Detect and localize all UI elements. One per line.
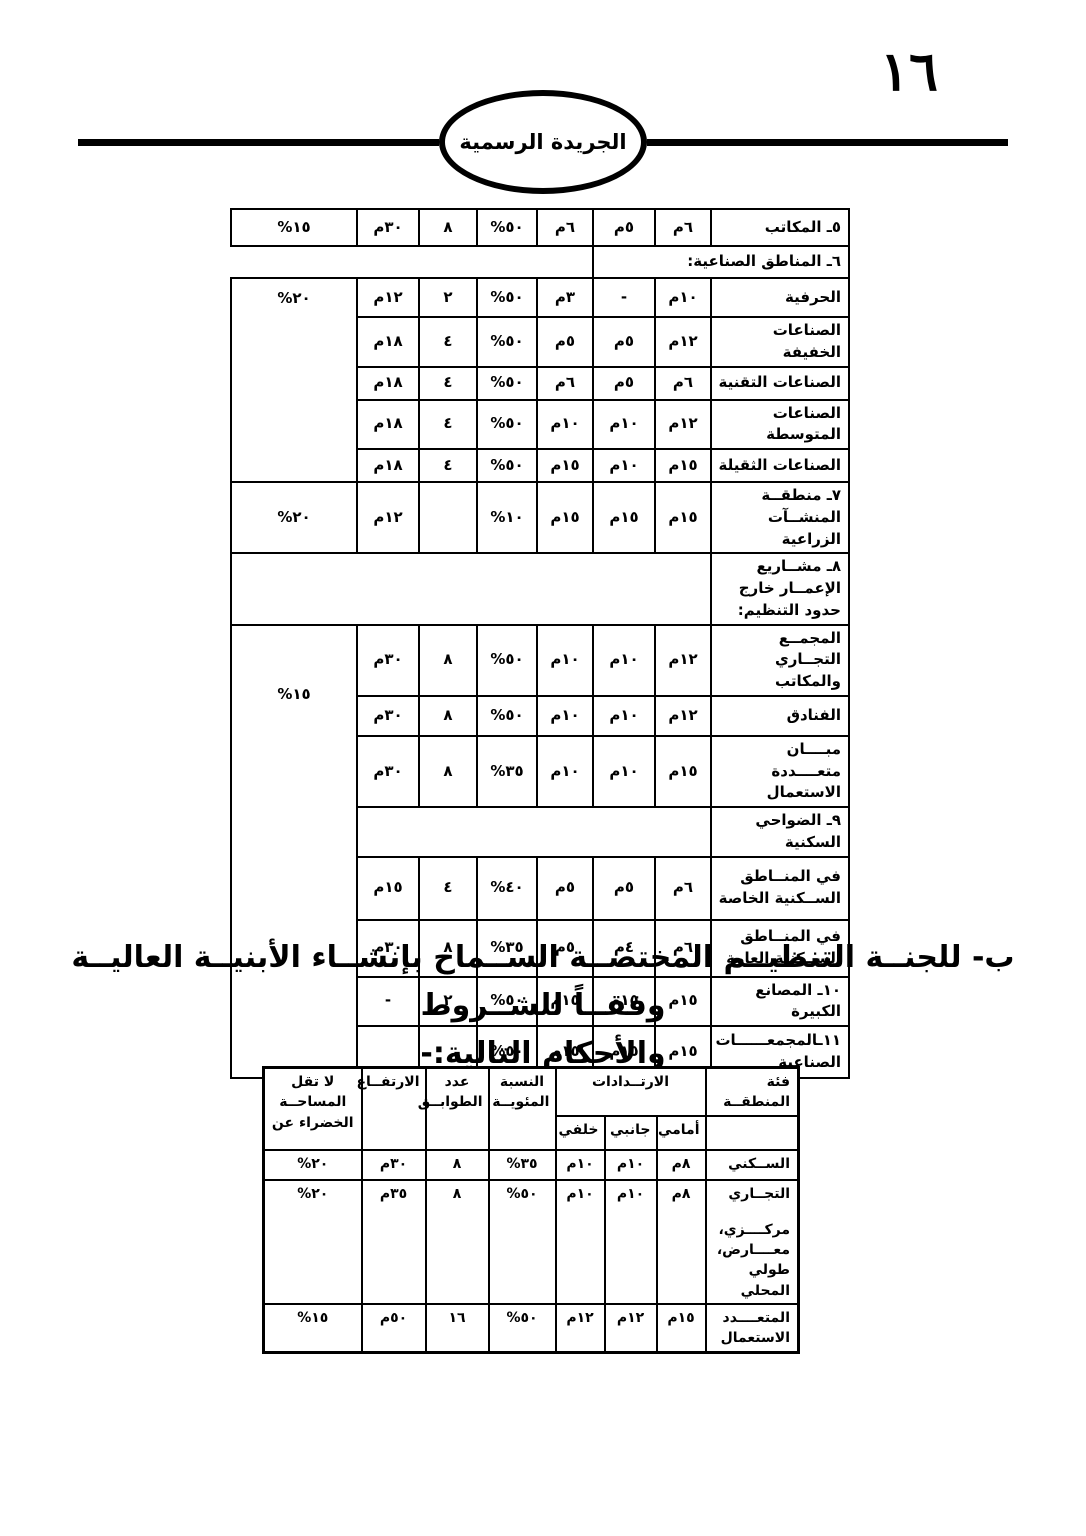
header-percentage: النسبة المئويــة (489, 1068, 556, 1150)
cell-side-setback: ١٠م (593, 625, 655, 696)
row-label: ٥ـ المكاتب (711, 209, 849, 246)
cell-ratio: ٥٠% (489, 1304, 556, 1352)
cell-floors: ٤ (419, 400, 477, 450)
header-zone-category: فئة المنطقــة (706, 1068, 799, 1116)
cell-floors: ٤ (419, 449, 477, 482)
empty-span-cell (231, 553, 711, 624)
cell-side-setback: ١٠م (593, 449, 655, 482)
row-label: الصناعات الخفيفة (711, 317, 849, 367)
header-floors-count: عدد الطوابــق (426, 1068, 489, 1150)
cell-front-setback: ٦م (655, 209, 711, 246)
cell-rear-setback: ١٠م (537, 400, 593, 450)
cell-ratio: ١٠% (477, 482, 537, 553)
table-row-commercial-complex: المجمــع التجــاري والمكاتب ١٢م ١٠م ١٠م … (231, 625, 849, 696)
row-label: الصناعات المتوسطة (711, 400, 849, 450)
table-row-crafts: الحرفية ١٠م - ٣م ٥٠% ٢ ١٢م ٢٠% (231, 278, 849, 317)
cell-front-setback: ١٥م (657, 1304, 706, 1352)
cell-side-setback: ١٠م (593, 400, 655, 450)
header-green-area: لا تقل المساحــة الخضراء عن (264, 1068, 362, 1150)
cell-height: ١٢م (357, 278, 419, 317)
table2-row-residential: الســكني ٨م ١٠م ١٠م ٣٥% ٨ ٣٠م ٢٠% (264, 1150, 799, 1180)
row-label: الصناعات التقنية (711, 367, 849, 400)
cell-floors-empty (419, 482, 477, 553)
cell-green-area: ٢٠% (264, 1150, 362, 1180)
cell-front-setback: ١٢م (655, 317, 711, 367)
banner-title: الجريدة الرسمية (459, 130, 626, 154)
cell-ratio: ٥٠% (477, 278, 537, 317)
cell-side-setback: ٥م (593, 209, 655, 246)
cell-ratio: ٥٠% (477, 367, 537, 400)
cell-ratio: ٥٠% (477, 625, 537, 696)
cell-front-setback: ١٢م (655, 625, 711, 696)
cell-side-setback: ٥م (593, 317, 655, 367)
cell-height: ٣٥م (362, 1180, 426, 1304)
cell-side-setback: ٥م (593, 367, 655, 400)
cell-floors: ٤ (419, 317, 477, 367)
cell-height: ١٨م (357, 367, 419, 400)
cell-side-setback: ١٥م (593, 482, 655, 553)
section-heading: ب- للجنــة التنظيــم المختصــة الســماح … (40, 934, 1046, 1078)
table2-row-commercial: التجــاري مركــــزي، معــــارض، طولي الم… (264, 1180, 799, 1304)
cell-front-setback: ١٥م (655, 482, 711, 553)
cell-height: ٥٠م (362, 1304, 426, 1352)
cell-front-setback: ٦م (655, 367, 711, 400)
header-front-setback: أمامي (657, 1116, 706, 1150)
gazette-page: ١٦ الجريدة الرسمية ٥ـ المكاتب ٦م ٥م ٦م ٥… (0, 0, 1086, 1536)
cell-floors: ٨ (419, 696, 477, 736)
header-rear-setback: خلفي (556, 1116, 605, 1150)
cell-floors: ٢ (419, 278, 477, 317)
cell-rear-setback: ١٥م (537, 449, 593, 482)
heading-line-1: ب- للجنــة التنظيــم المختصــة الســماح … (40, 934, 1046, 1030)
cell-ratio: ٥٠% (477, 696, 537, 736)
cell-floors: ١٦ (426, 1304, 489, 1352)
cell-front-setback: ١٢م (655, 696, 711, 736)
cell-floors: ٨ (419, 209, 477, 246)
cell-rear-setback: ٥م (537, 317, 593, 367)
cell-front-setback: ١٥م (655, 449, 711, 482)
cell-rear-setback: ١٢م (556, 1304, 605, 1352)
cell-side-setback: ١٠م (605, 1150, 657, 1180)
cell-rear-setback: ٣م (537, 278, 593, 317)
cell-rear-setback: ٥م (537, 857, 593, 920)
cell-height: ١٨م (357, 317, 419, 367)
cell-floors: ٤ (419, 857, 477, 920)
section-label: ٨ـ مشــاريع الإعمــار خارج حدود التنظيم: (711, 553, 849, 624)
cell-rear-setback: ١٥م (537, 482, 593, 553)
table-row-agricultural-facilities: ٧ـ منطقــة المنشــآت الزراعية ١٥م ١٥م ١٥… (231, 482, 849, 553)
cell-ratio: ٥٠% (489, 1180, 556, 1304)
cell-green-area: ٢٠% (231, 482, 357, 553)
cell-ratio: ٤٠% (477, 857, 537, 920)
cell-height: ٣٠م (357, 696, 419, 736)
table-row-offices: ٥ـ المكاتب ٦م ٥م ٦م ٥٠% ٨ ٣٠م ١٥% (231, 209, 849, 246)
cell-rear-setback: ١٠م (556, 1150, 605, 1180)
table2-row-multi-use: المتعــــدد الاستعمال ١٥م ١٢م ١٢م ٥٠% ١٦… (264, 1304, 799, 1352)
row-label: في المنــاطق الســكنية الخاصة (711, 857, 849, 920)
header-setbacks: الارتــدادات (556, 1068, 706, 1116)
cell-height: ٣٠م (362, 1150, 426, 1180)
cell-front-setback: ١٠م (655, 278, 711, 317)
cell-front-setback: ٨م (657, 1180, 706, 1304)
banner-rule-right (647, 139, 1008, 146)
cell-front-setback: ١٥م (655, 736, 711, 807)
high-buildings-conditions-table: فئة المنطقــة الارتــدادات النسبة المئوي… (262, 1066, 800, 1354)
cell-side-setback: ٥م (593, 857, 655, 920)
cell-ratio: ٥٠% (477, 449, 537, 482)
cell-height: ٣٠م (357, 209, 419, 246)
cell-rear-setback: ١٠م (556, 1180, 605, 1304)
row-label: الفنادق (711, 696, 849, 736)
cell-rear-setback: ١٠م (537, 696, 593, 736)
cell-floors: ٨ (419, 736, 477, 807)
empty-gap (231, 246, 593, 278)
row-label: مبــــان متعــــددة الاستعمال (711, 736, 849, 807)
cell-height: ١٢م (357, 482, 419, 553)
gazette-banner: الجريدة الرسمية (78, 92, 1008, 192)
cell-rear-setback: ٦م (537, 209, 593, 246)
cell-front-setback: ١٢م (655, 400, 711, 450)
cell-green-area-merged: ٢٠% (231, 278, 357, 482)
cell-height: ١٨م (357, 449, 419, 482)
cell-green-area: ١٥% (264, 1304, 362, 1352)
row-label: الســكني (706, 1150, 799, 1180)
cell-height: ١٨م (357, 400, 419, 450)
header-empty-cell (706, 1116, 799, 1150)
cell-green-area: ٢٠% (264, 1180, 362, 1304)
row-label: الحرفية (711, 278, 849, 317)
cell-ratio: ٥٠% (477, 209, 537, 246)
cell-floors: ٨ (426, 1180, 489, 1304)
row-label: المجمــع التجــاري والمكاتب (711, 625, 849, 696)
cell-height: ١٥م (357, 857, 419, 920)
row-label: الصناعات الثقيلة (711, 449, 849, 482)
table-row-industrial-header: ٦ـ المناطق الصناعية: (231, 246, 849, 278)
row-label: التجــاري مركــــزي، معــــارض، طولي الم… (706, 1180, 799, 1304)
table2-header-row-top: فئة المنطقــة الارتــدادات النسبة المئوي… (264, 1068, 799, 1116)
empty-span-cell (357, 807, 711, 857)
header-height: الارتفــاع (362, 1068, 426, 1150)
section-label: ٦ـ المناطق الصناعية: (593, 246, 849, 278)
cell-floors: ٨ (419, 625, 477, 696)
cell-side-setback: ١٢م (605, 1304, 657, 1352)
cell-rear-setback: ٦م (537, 367, 593, 400)
cell-side-setback: ١٠م (593, 736, 655, 807)
row-label-sub: مركــــزي، معــــارض، طولي المحلي (712, 1220, 791, 1301)
cell-front-setback: ٨م (657, 1150, 706, 1180)
cell-green-area: ١٥% (231, 209, 357, 246)
cell-rear-setback: ١٠م (537, 736, 593, 807)
row-label: المتعــــدد الاستعمال (706, 1304, 799, 1352)
banner-oval: الجريدة الرسمية (439, 90, 647, 194)
row-label: ٧ـ منطقــة المنشــآت الزراعية (711, 482, 849, 553)
cell-ratio: ٥٠% (477, 400, 537, 450)
cell-height: ٣٠م (357, 625, 419, 696)
cell-ratio: ٥٠% (477, 317, 537, 367)
cell-floors: ٨ (426, 1150, 489, 1180)
section-label: ٩ـ الضواحي السكنية (711, 807, 849, 857)
cell-ratio: ٣٥% (477, 736, 537, 807)
cell-side-setback: - (593, 278, 655, 317)
banner-rule-left (78, 139, 439, 146)
table-row-reconstruction-projects: ٨ـ مشــاريع الإعمــار خارج حدود التنظيم: (231, 553, 849, 624)
cell-height: ٣٠م (357, 736, 419, 807)
cell-floors: ٤ (419, 367, 477, 400)
cell-side-setback: ١٠م (593, 696, 655, 736)
header-side-setback: جانبي (605, 1116, 657, 1150)
cell-front-setback: ٦م (655, 857, 711, 920)
row-label-main: التجــاري (712, 1184, 791, 1204)
cell-ratio: ٣٥% (489, 1150, 556, 1180)
cell-rear-setback: ١٠م (537, 625, 593, 696)
cell-side-setback: ١٠م (605, 1180, 657, 1304)
